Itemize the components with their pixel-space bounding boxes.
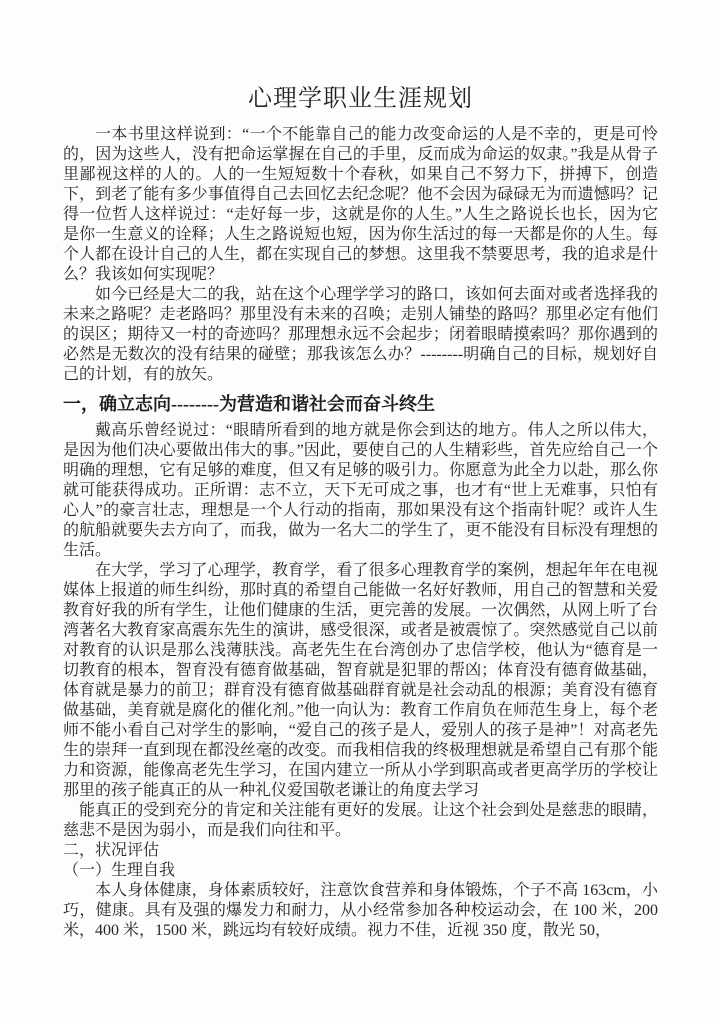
- document-title: 心理学职业生涯规划: [63, 84, 658, 114]
- paragraph-society-vision: 能真正的受到充分的肯定和关注能有更好的发展。让这个社会到处是慈悲的眼睛，慈悲不是…: [63, 801, 658, 841]
- paragraph-degaulle-ideal: 戴高乐曾经说过：“眼睛所看到的地方就是你会到达的地方。伟人之所以伟大，是因为他们…: [63, 421, 658, 561]
- document-page: 心理学职业生涯规划 一本书里这样说到：“一个不能靠自己的能力改变命运的人是不幸的…: [0, 0, 720, 1017]
- paragraph-intro-life: 一本书里这样说到：“一个不能靠自己的能力改变命运的人是不幸的，更是可怜的，因为这…: [63, 125, 658, 285]
- section-heading-status-evaluation: 二，状况评估: [63, 841, 658, 861]
- paragraph-physical-condition: 本人身体健康，身体素质较好，注意饮食营养和身体锻炼，个子不高 163cm，小巧，…: [63, 881, 658, 941]
- section-heading-aspiration: 一，确立志向--------为营造和谐社会而奋斗终生: [63, 392, 658, 416]
- paragraph-education-gao: 在大学，学习了心理学，教育学，看了很多心理教育学的案例，想起年年在电视媒体上报道…: [63, 561, 658, 801]
- paragraph-crossroads: 如今已经是大二的我，站在这个心理学学习的路口，该如何去面对或者选择我的未来之路呢…: [63, 285, 658, 385]
- subsection-heading-physical-self: （一）生理自我: [63, 861, 658, 881]
